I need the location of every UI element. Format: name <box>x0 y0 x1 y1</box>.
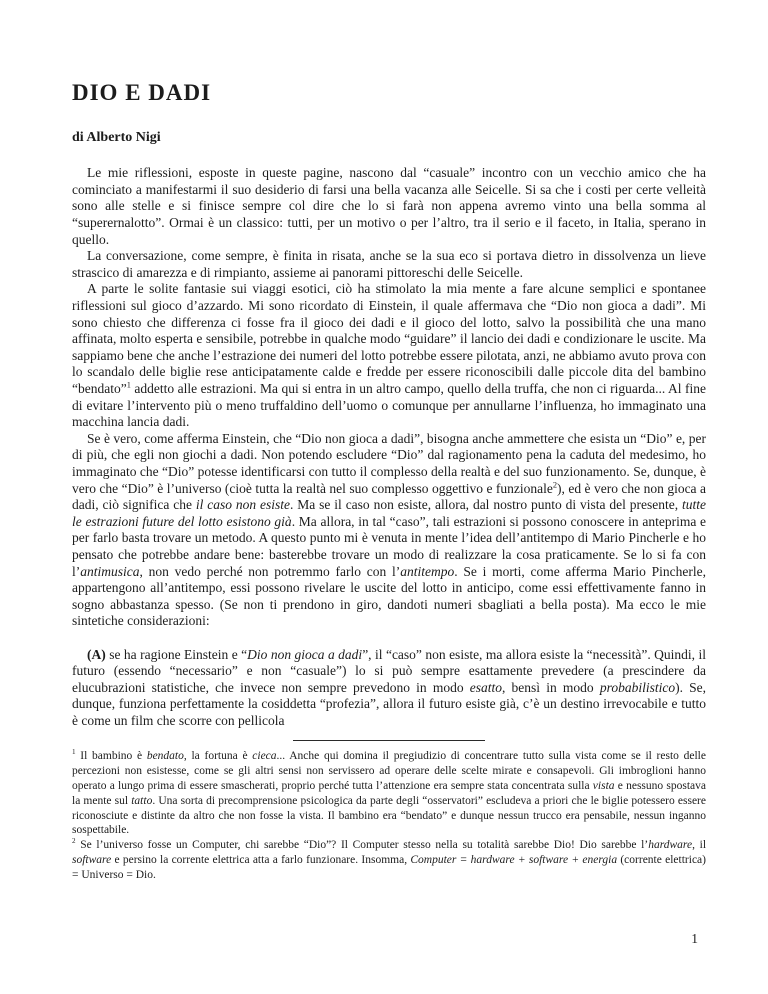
text-run: Dio non gioca a dadi <box>247 647 362 662</box>
text-run: cieca <box>252 750 276 762</box>
text-run: Le mie riflessioni, esposte in queste pa… <box>72 165 706 246</box>
body-paragraph: La conversazione, come sempre, è finita … <box>72 248 706 281</box>
body-paragraph: Se è vero, come afferma Einstein, che “D… <box>72 431 706 630</box>
text-run: Computer = hardware + software + energia <box>410 854 617 866</box>
footnote: 1 Il bambino è bendato, la fortuna è cie… <box>72 749 706 838</box>
text-run: se ha ragione Einstein e “ <box>106 647 247 662</box>
footnote-separator <box>293 740 485 741</box>
body-paragraph: Le mie riflessioni, esposte in queste pa… <box>72 165 706 248</box>
text-run: Se l’universo fosse un Computer, chi sar… <box>76 839 649 851</box>
text-run: probabilistico <box>600 680 675 695</box>
document-body: Le mie riflessioni, esposte in queste pa… <box>72 165 706 729</box>
text-run: A parte le solite fantasie sui viaggi es… <box>72 281 706 396</box>
text-run: , il <box>692 839 706 851</box>
text-run: addetto alle estrazioni. Ma qui si entra… <box>72 381 706 429</box>
text-run: e persino la corrente elettrica atta a f… <box>111 854 410 866</box>
text-run: . Una sorta di precomprensione psicologi… <box>72 795 706 837</box>
text-run: software <box>72 854 111 866</box>
body-paragraph: (A) se ha ragione Einstein e “Dio non gi… <box>72 647 706 730</box>
text-run: esatto <box>470 680 502 695</box>
text-run: hardware <box>648 839 692 851</box>
text-run: antimusica <box>80 564 139 579</box>
text-run: Il bambino è <box>76 750 147 762</box>
author-byline: di Alberto Nigi <box>72 130 706 146</box>
text-run: vista <box>593 780 615 792</box>
document-title: DIO E DADI <box>72 80 706 105</box>
text-run: bendato <box>147 750 184 762</box>
text-run: , bensì in modo <box>502 680 600 695</box>
text-run: tatto <box>131 795 152 807</box>
text-run: (A) <box>87 647 106 662</box>
footnotes-section: 1 Il bambino è bendato, la fortuna è cie… <box>72 749 706 882</box>
text-run: , la fortuna è <box>184 750 252 762</box>
footnote: 2 Se l’universo fosse un Computer, chi s… <box>72 838 706 882</box>
text-run: il caso non esiste <box>196 497 290 512</box>
text-run: , non vedo perché non potremmo farlo con… <box>140 564 401 579</box>
page-number: 1 <box>691 931 698 947</box>
body-paragraph: A parte le solite fantasie sui viaggi es… <box>72 281 706 430</box>
text-run: La conversazione, come sempre, è finita … <box>72 248 706 280</box>
text-run: . Ma se il caso non esiste, allora, dal … <box>290 497 682 512</box>
text-run: antitempo <box>400 564 454 579</box>
document-page: DIO E DADI di Alberto Nigi Le mie rifles… <box>0 0 768 994</box>
